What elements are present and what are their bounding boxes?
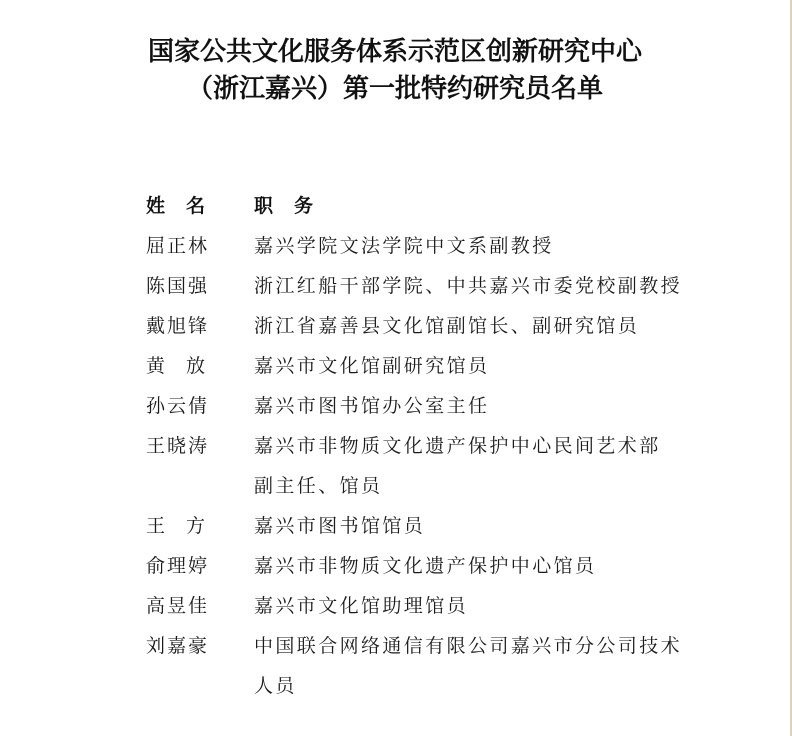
researcher-duty: 嘉兴市文化馆助理馆员 [254, 586, 694, 626]
researcher-duty: 浙江省嘉善县文化馆副馆长、副研究馆员 [254, 306, 694, 346]
researcher-name: 王方 [146, 506, 226, 546]
researcher-name: 黄放 [146, 346, 226, 386]
header-name: 姓名 [146, 186, 226, 226]
researcher-duty: 嘉兴市图书馆馆员 [254, 506, 694, 546]
researcher-name: 孙云倩 [146, 386, 226, 426]
researcher-duty: 嘉兴市非物质文化遗产保护中心馆员 [254, 546, 694, 586]
researcher-name: 俞理婷 [146, 546, 226, 586]
researcher-duty: 嘉兴市文化馆副研究馆员 [254, 346, 694, 386]
researcher-name: 屈正林 [146, 226, 226, 266]
researcher-duty: 嘉兴市非物质文化遗产保护中心民间艺术部 副主任、馆员 [254, 426, 734, 506]
document-title-line-2: （浙江嘉兴）第一批特约研究员名单 [0, 68, 790, 105]
researcher-name: 王晓涛 [146, 426, 226, 466]
researcher-duty: 嘉兴市图书馆办公室主任 [254, 386, 694, 426]
researcher-name: 刘嘉豪 [146, 626, 226, 666]
document-title-line-1: 国家公共文化服务体系示范区创新研究中心 [0, 31, 790, 68]
researcher-name: 戴旭锋 [146, 306, 226, 346]
researcher-duty: 中国联合网络通信有限公司嘉兴市分公司技术 人员 [254, 626, 734, 706]
researcher-name: 陈国强 [146, 266, 226, 306]
document-page: 国家公共文化服务体系示范区创新研究中心 （浙江嘉兴）第一批特约研究员名单 姓名 … [0, 0, 792, 736]
header-duty: 职务 [254, 186, 694, 226]
researcher-name: 高昱佳 [146, 586, 226, 626]
researcher-duty: 嘉兴学院文法学院中文系副教授 [254, 226, 694, 266]
researcher-duty: 浙江红船干部学院、中共嘉兴市委党校副教授 [254, 266, 734, 306]
